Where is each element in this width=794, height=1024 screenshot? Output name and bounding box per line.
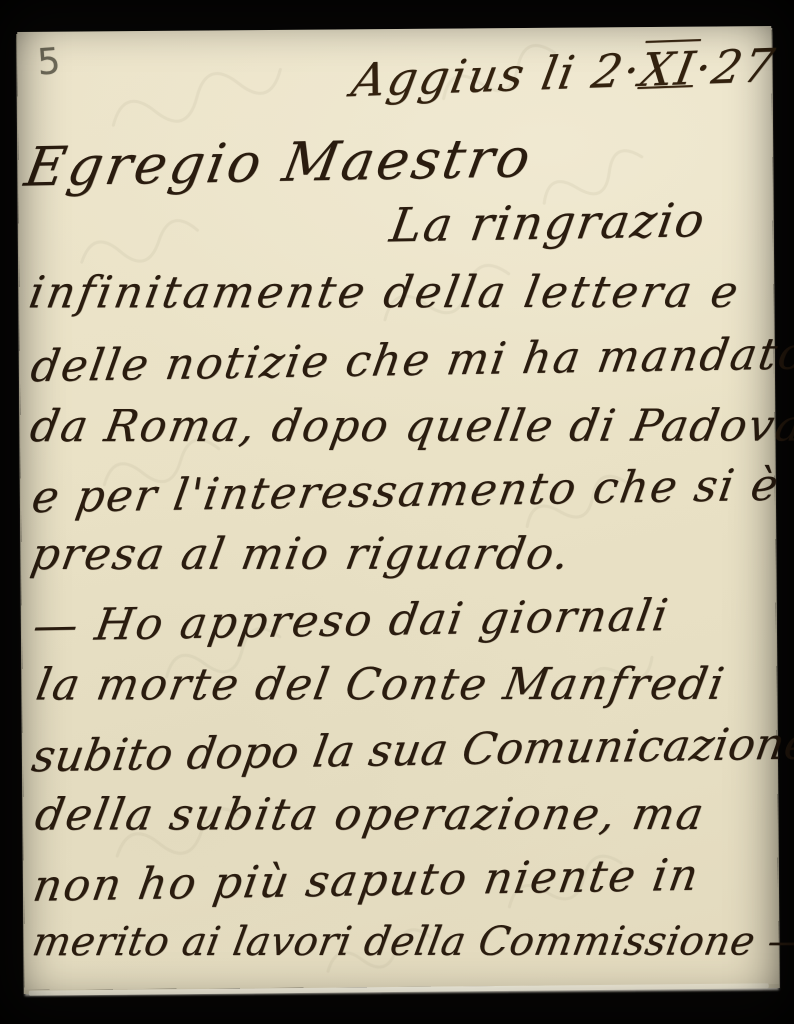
letter-line: infinitamente della lettera e xyxy=(26,271,744,316)
salutation: Egregio Maestro xyxy=(21,131,537,194)
letter-line: presa al mio riguardo. xyxy=(28,532,574,577)
letter-line: la morte del Conte Manfredi xyxy=(33,663,729,708)
dateline-year: ·27 xyxy=(691,38,780,95)
letter-line: da Roma, dopo quelle di Padova, xyxy=(27,404,794,449)
letter-line: subito dopo la sua Comunicazione xyxy=(29,722,794,779)
letter-photograph: 5 Aggius li 2·XI·27 Egregio Maestro La r… xyxy=(0,0,794,1024)
letter-line: non ho più saputo niente in xyxy=(30,854,703,909)
letter-paper: 5 Aggius li 2·XI·27 Egregio Maestro La r… xyxy=(17,26,779,990)
letter-line: delle notizie che mi ha mandato xyxy=(28,332,794,389)
letter-line: La ringrazio xyxy=(387,197,710,249)
dateline: Aggius li 2·XI·27 xyxy=(348,42,779,103)
letter-line: della subita operazione, ma xyxy=(32,793,709,838)
letter-line: e per l'interessamento che si è xyxy=(29,464,783,520)
letter-line: merito ai lavori della Commissione — xyxy=(29,921,794,962)
dateline-place-day: Aggius li 2· xyxy=(348,43,646,107)
dateline-month-roman: XI xyxy=(636,41,701,97)
letter-line: — Ho appreso dai giornali xyxy=(30,594,672,649)
archive-number: 5 xyxy=(36,41,62,84)
